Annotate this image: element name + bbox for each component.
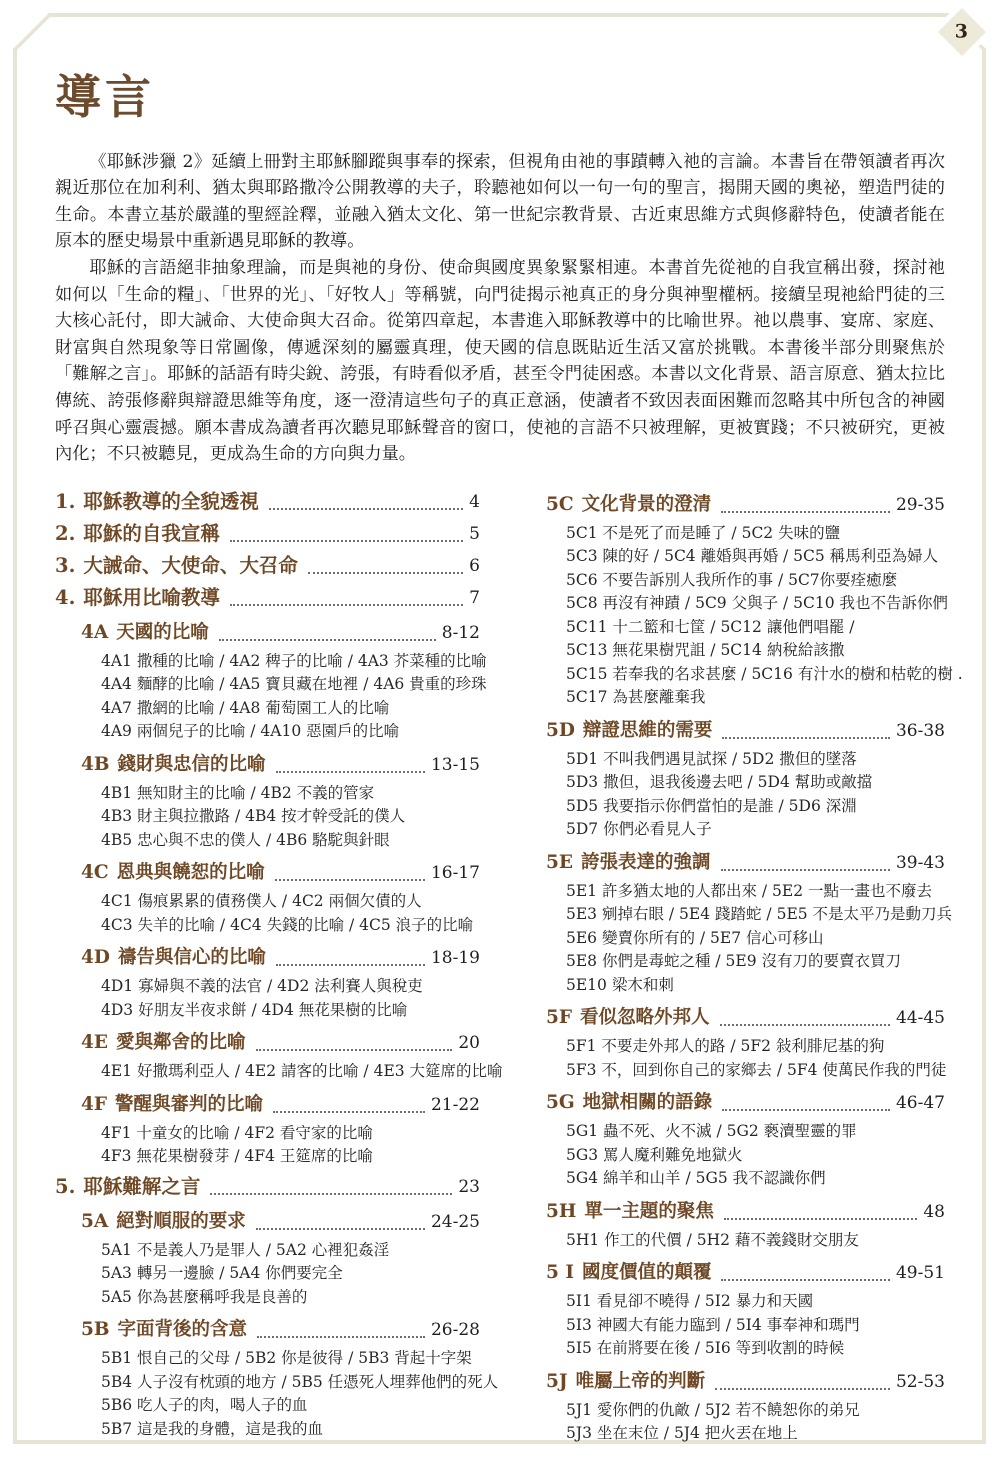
toc-page-number: 16-17 (431, 859, 480, 887)
toc-page-number: 21-22 (431, 1091, 480, 1119)
toc-heading: 5D辯證思維的需要36-38 (520, 717, 945, 745)
toc-heading: 1.耶穌教導的全貌透視4 (55, 488, 480, 516)
toc-heading: 3.大誡命、大使命、大召命6 (55, 552, 480, 580)
toc-entry-4A: 4A天國的比喻8-124A1 撒種的比喻 / 4A2 稗子的比喻 / 4A3 芥… (55, 619, 480, 744)
toc-page-number: 4 (469, 488, 480, 516)
toc-item-line: 5B4 人子沒有枕頭的地方 / 5B5 任憑死人埋葬他們的死人 (101, 1371, 480, 1395)
toc-entry-title: 禱告與信心的比喻 (118, 944, 266, 972)
page-content: 導言 《耶穌涉獵 2》延續上冊對主耶穌腳蹤與事奉的探索，但視角由祂的事蹟轉入祂的… (55, 72, 945, 1450)
toc-item-line: 5C3 陳的好 / 5C4 離婚與再婚 / 5C5 稱馬利亞為婦人 (566, 545, 945, 569)
toc-entry-label: 1. (55, 488, 75, 516)
toc-page-number: 36-38 (896, 717, 945, 745)
toc-entry-label: 2. (55, 520, 75, 548)
toc-item-block: 5J1 愛你們的仇敵 / 5J2 若不饒恕你的弟兄5J3 坐在末位 / 5J4 … (520, 1399, 945, 1446)
toc-item-line: 4F1 十童女的比喻 / 4F2 看守家的比喻 (101, 1122, 480, 1146)
toc-entry-title: 辯證思維的需要 (583, 717, 713, 745)
toc-item-line: 5I5 在前將要在後 / 5I6 等到收割的時候 (566, 1337, 945, 1361)
toc-entry-label: 3. (55, 552, 75, 580)
toc-entry-5G: 5G地獄相關的語錄46-475G1 蟲不死、火不滅 / 5G2 褻瀆聖靈的罪5G… (520, 1089, 945, 1191)
toc-entry-5F: 5F看似忽略外邦人44-455F1 不要走外邦人的路 / 5F2 敍利腓尼基的狗… (520, 1004, 945, 1082)
toc-item-line: 5G3 罵人魔利難免地獄火 (566, 1144, 945, 1168)
toc-heading: 2.耶穌的自我宣稱5 (55, 520, 480, 548)
toc-page-number: 24-25 (431, 1208, 480, 1236)
toc-item-line: 5D1 不叫我們遇見試探 / 5D2 撒但的墜落 (566, 748, 945, 772)
toc-heading: 4A天國的比喻8-12 (55, 619, 480, 647)
toc-item-line: 5I1 看見卻不曉得 / 5I2 暴力和天國 (566, 1290, 945, 1314)
toc-item-line: 5G1 蟲不死、火不滅 / 5G2 褻瀆聖靈的罪 (566, 1120, 945, 1144)
toc-page-number: 8-12 (442, 619, 480, 647)
toc-entry-5B: 5B字面背後的含意26-285B1 恨自己的父母 / 5B2 你是彼得 / 5B… (55, 1316, 480, 1441)
toc-entry-4E: 4E愛與鄰舍的比喻204E1 好撒瑪利亞人 / 4E2 請客的比喻 / 4E3 … (55, 1029, 480, 1084)
toc-entry-label: 5G (546, 1089, 575, 1117)
toc-heading: 5H單一主題的聚焦48 (520, 1198, 945, 1226)
dotted-leader (275, 879, 425, 881)
toc-entry-label: 4A (81, 619, 108, 647)
toc-item-line: 5D5 我要指示你們當怕的是誰 / 5D6 深淵 (566, 795, 945, 819)
toc-item-line: 5F1 不要走外邦人的路 / 5F2 敍利腓尼基的狗 (566, 1035, 945, 1059)
toc-entry-title: 愛與鄰舍的比喻 (116, 1029, 246, 1057)
toc-page-number: 26-28 (431, 1316, 480, 1344)
toc-item-line: 5C13 無花果樹咒詛 / 5C14 納稅給該撒 (566, 639, 945, 663)
dotted-leader (230, 540, 463, 542)
toc-item-line: 5D3 撒但，退我後邊去吧 / 5D4 幫助或敵擋 (566, 771, 945, 795)
dotted-leader (308, 572, 463, 574)
toc-heading: 4B錢財與忠信的比喻13-15 (55, 751, 480, 779)
toc-entry-title: 耶穌教導的全貌透視 (83, 488, 259, 516)
toc-item-line: 4A7 撒網的比喻 / 4A8 葡萄園工人的比喻 (101, 697, 480, 721)
toc-item-line: 5B7 這是我的身體，這是我的血 (101, 1418, 480, 1442)
dotted-leader (721, 511, 890, 513)
toc-page-number: 44-45 (896, 1004, 945, 1032)
toc-entry-title: 耶穌難解之言 (83, 1173, 200, 1201)
toc-heading: 5B字面背後的含意26-28 (55, 1316, 480, 1344)
toc-entry-5J: 5J唯屬上帝的判斷52-535J1 愛你們的仇敵 / 5J2 若不饒恕你的弟兄5… (520, 1368, 945, 1446)
toc-page-number: 5 (469, 520, 480, 548)
toc-page-number: 7 (469, 584, 480, 612)
toc-entry-5H: 5H單一主題的聚焦485H1 作工的代價 / 5H2 藉不義錢財交朋友 (520, 1198, 945, 1253)
toc-page-number: 49-51 (896, 1259, 945, 1287)
toc-item-line: 4B5 忠心與不忠的僕人 / 4B6 駱駝與針眼 (101, 829, 480, 853)
toc-heading: 4D禱告與信心的比喻18-19 (55, 944, 480, 972)
toc-entry-1: 1.耶穌教導的全貌透視4 (55, 488, 480, 516)
toc-entry-title: 文化背景的澄清 (582, 491, 712, 519)
toc-entry-label: 5F (546, 1004, 572, 1032)
toc-heading: 4F警醒與審判的比喻21-22 (55, 1091, 480, 1119)
toc-entry-5I: 5 I國度價值的顛覆49-515I1 看見卻不曉得 / 5I2 暴力和天國5I3… (520, 1259, 945, 1361)
toc-item-line: 4B3 財主與拉撒路 / 4B4 按才幹受託的僕人 (101, 805, 480, 829)
toc-entry-label: 5 I (546, 1259, 574, 1287)
toc-item-block: 5H1 作工的代價 / 5H2 藉不義錢財交朋友 (520, 1229, 945, 1253)
toc-entry-title: 耶穌的自我宣稱 (83, 520, 220, 548)
toc-item-line: 5C15 若奉我的名求甚麼 / 5C16 有汁水的樹和枯乾的樹 . (566, 663, 945, 687)
toc-entry-5D: 5D辯證思維的需要36-385D1 不叫我們遇見試探 / 5D2 撒但的墜落5D… (520, 717, 945, 842)
toc-item-line: 5J3 坐在末位 / 5J4 把火丟在地上 (566, 1422, 945, 1446)
toc-entry-title: 看似忽略外邦人 (580, 1004, 710, 1032)
toc-item-line: 5A3 轉另一邊臉 / 5A4 你們要完全 (101, 1262, 480, 1286)
toc-entry-label: 5. (55, 1173, 75, 1201)
toc-entry-label: 5E (546, 849, 573, 877)
toc-entry-label: 5H (546, 1198, 576, 1226)
toc-page-number: 39-43 (896, 849, 945, 877)
toc-item-block: 4F1 十童女的比喻 / 4F2 看守家的比喻4F3 無花果樹發芽 / 4F4 … (55, 1122, 480, 1169)
toc-entry-label: 5D (546, 717, 575, 745)
dotted-leader (256, 1049, 453, 1051)
dotted-leader (722, 1109, 890, 1111)
toc-entry-5C: 5C文化背景的澄清29-355C1 不是死了而是睡了 / 5C2 失味的鹽5C3… (520, 491, 945, 710)
dotted-leader (720, 1024, 890, 1026)
toc-item-line: 5H1 作工的代價 / 5H2 藉不義錢財交朋友 (566, 1229, 945, 1253)
toc-entry-title: 地獄相關的語錄 (583, 1089, 713, 1117)
toc-item-line: 5F3 不，回到你自己的家鄉去 / 5F4 使萬民作我的門徒 (566, 1059, 945, 1083)
toc-item-line: 5I3 神國大有能力臨到 / 5I4 事奉神和瑪門 (566, 1314, 945, 1338)
toc-heading: 5.耶穌難解之言23 (55, 1173, 480, 1201)
toc-entry-4F: 4F警醒與審判的比喻21-224F1 十童女的比喻 / 4F2 看守家的比喻4F… (55, 1091, 480, 1169)
toc-item-block: 4D1 寡婦與不義的法官 / 4D2 法利賽人與稅吏4D3 好朋友半夜求餅 / … (55, 975, 480, 1022)
dotted-leader (256, 1228, 425, 1230)
toc-column-left: 1.耶穌教導的全貌透視42.耶穌的自我宣稱53.大誡命、大使命、大召命64.耶穌… (55, 484, 480, 1450)
toc-page-number: 23 (458, 1173, 480, 1201)
toc-page-number: 13-15 (431, 751, 480, 779)
toc-item-line: 4C1 傷痕累累的債務僕人 / 4C2 兩個欠債的人 (101, 890, 480, 914)
page-number: 3 (955, 22, 968, 41)
toc-entry-title: 國度價值的顛覆 (582, 1259, 712, 1287)
toc-entry-title: 誇張表達的強調 (581, 849, 711, 877)
toc-page-number: 48 (923, 1198, 945, 1226)
toc-item-line: 4A9 兩個兒子的比喻 / 4A10 惡園戶的比喻 (101, 720, 480, 744)
dotted-leader (722, 737, 890, 739)
toc-item-line: 4A1 撒種的比喻 / 4A2 稗子的比喻 / 4A3 芥菜種的比喻 (101, 650, 480, 674)
toc-entry-title: 大誡命、大使命、大召命 (83, 552, 298, 580)
toc-item-block: 4B1 無知財主的比喻 / 4B2 不義的管家4B3 財主與拉撒路 / 4B4 … (55, 782, 480, 853)
toc-item-line: 4B1 無知財主的比喻 / 4B2 不義的管家 (101, 782, 480, 806)
toc-item-block: 5G1 蟲不死、火不滅 / 5G2 褻瀆聖靈的罪5G3 罵人魔利難免地獄火5G4… (520, 1120, 945, 1191)
toc-entry-label: 4E (81, 1029, 108, 1057)
toc-entry-3: 3.大誡命、大使命、大召命6 (55, 552, 480, 580)
toc-item-block: 5I1 看見卻不曉得 / 5I2 暴力和天國5I3 神國大有能力臨到 / 5I4… (520, 1290, 945, 1361)
toc-entry-title: 字面背後的含意 (118, 1316, 248, 1344)
toc-entry-title: 絕對順服的要求 (116, 1208, 246, 1236)
table-of-contents: 1.耶穌教導的全貌透視42.耶穌的自我宣稱53.大誡命、大使命、大召命64.耶穌… (55, 484, 945, 1450)
dotted-leader (721, 869, 890, 871)
toc-entry-title: 恩典與饒恕的比喻 (117, 859, 265, 887)
toc-entry-label: 4. (55, 584, 75, 612)
toc-entry-4C: 4C恩典與饒恕的比喻16-174C1 傷痕累累的債務僕人 / 4C2 兩個欠債的… (55, 859, 480, 937)
toc-page-number: 6 (469, 552, 480, 580)
toc-item-line: 5C17 為甚麼離棄我 (566, 686, 945, 710)
toc-entry-title: 單一主題的聚焦 (584, 1198, 714, 1226)
dotted-leader (276, 771, 425, 773)
toc-item-line: 5B1 恨自己的父母 / 5B2 你是彼得 / 5B3 背起十字架 (101, 1347, 480, 1371)
toc-item-line: 4E1 好撒瑪利亞人 / 4E2 請客的比喻 / 4E3 大筵席的比喻 (101, 1060, 480, 1084)
toc-entry-title: 耶穌用比喻教導 (83, 584, 220, 612)
toc-item-block: 5B1 恨自己的父母 / 5B2 你是彼得 / 5B3 背起十字架5B4 人子沒… (55, 1347, 480, 1441)
toc-entry-label: 5J (546, 1368, 568, 1396)
toc-page-number: 29-35 (896, 491, 945, 519)
toc-entry-title: 唯屬上帝的判斷 (576, 1368, 706, 1396)
toc-heading: 5F看似忽略外邦人44-45 (520, 1004, 945, 1032)
toc-item-line: 5A5 你為甚麼稱呼我是良善的 (101, 1286, 480, 1310)
toc-entry-5A: 5A絕對順服的要求24-255A1 不是義人乃是罪人 / 5A2 心裡犯姦淫5A… (55, 1208, 480, 1310)
toc-heading: 5J唯屬上帝的判斷52-53 (520, 1368, 945, 1396)
toc-heading: 4E愛與鄰舍的比喻20 (55, 1029, 480, 1057)
intro-paragraph: 《耶穌涉獵 2》延續上冊對主耶穌腳蹤與事奉的探索，但視角由祂的事蹟轉入祂的言論。… (55, 149, 945, 255)
toc-entry-5: 5.耶穌難解之言23 (55, 1173, 480, 1201)
toc-entry-label: 5A (81, 1208, 108, 1236)
toc-item-line: 5B6 吃人子的肉，喝人子的血 (101, 1394, 480, 1418)
toc-item-block: 4C1 傷痕累累的債務僕人 / 4C2 兩個欠債的人4C3 失羊的比喻 / 4C… (55, 890, 480, 937)
toc-heading: 5A絕對順服的要求24-25 (55, 1208, 480, 1236)
toc-heading: 4C恩典與饒恕的比喻16-17 (55, 859, 480, 887)
dotted-leader (219, 639, 436, 641)
toc-item-block: 5C1 不是死了而是睡了 / 5C2 失味的鹽5C3 陳的好 / 5C4 離婚與… (520, 522, 945, 710)
toc-item-line: 4D3 好朋友半夜求餅 / 4D4 無花果樹的比喻 (101, 999, 480, 1023)
toc-page-number: 18-19 (431, 944, 480, 972)
toc-entry-label: 4F (81, 1091, 107, 1119)
toc-heading: 5E誇張表達的強調39-43 (520, 849, 945, 877)
toc-entry-2: 2.耶穌的自我宣稱5 (55, 520, 480, 548)
toc-entry-label: 4B (81, 751, 110, 779)
toc-item-block: 5F1 不要走外邦人的路 / 5F2 敍利腓尼基的狗5F3 不，回到你自己的家鄉… (520, 1035, 945, 1082)
toc-item-line: 5C6 不要告訴別人我所作的事 / 5C7你要痊癒麼 (566, 569, 945, 593)
toc-entry-label: 5C (546, 491, 574, 519)
toc-item-line: 5E6 變賣你所有的 / 5E7 信心可移山 (566, 927, 945, 951)
toc-heading: 5 I國度價值的顛覆49-51 (520, 1259, 945, 1287)
toc-item-block: 4E1 好撒瑪利亞人 / 4E2 請客的比喻 / 4E3 大筵席的比喻 (55, 1060, 480, 1084)
toc-item-line: 4C3 失羊的比喻 / 4C4 失錢的比喻 / 4C5 浪子的比喻 (101, 914, 480, 938)
toc-item-line: 4A4 麵酵的比喻 / 4A5 寶貝藏在地裡 / 4A6 貴重的珍珠 (101, 673, 480, 697)
toc-page-number: 46-47 (896, 1089, 945, 1117)
toc-item-line: 5C11 十二籃和七筐 / 5C12 讓他們唱罷 / (566, 616, 945, 640)
toc-entry-label: 4C (81, 859, 109, 887)
toc-item-line: 5C1 不是死了而是睡了 / 5C2 失味的鹽 (566, 522, 945, 546)
toc-entry-label: 4D (81, 944, 110, 972)
toc-column-right: 5C文化背景的澄清29-355C1 不是死了而是睡了 / 5C2 失味的鹽5C3… (520, 484, 945, 1450)
toc-entry-title: 天國的比喻 (116, 619, 209, 647)
toc-item-line: 5C8 再沒有神蹟 / 5C9 父與子 / 5C10 我也不告訴你們 (566, 592, 945, 616)
toc-item-block: 5A1 不是義人乃是罪人 / 5A2 心裡犯姦淫5A3 轉另一邊臉 / 5A4 … (55, 1239, 480, 1310)
intro-paragraphs: 《耶穌涉獵 2》延續上冊對主耶穌腳蹤與事奉的探索，但視角由祂的事蹟轉入祂的言論。… (55, 149, 945, 468)
dotted-leader (724, 1218, 917, 1220)
dotted-leader (257, 1336, 425, 1338)
toc-item-line: 5E3 剜掉右眼 / 5E4 踐踏蛇 / 5E5 不是太平乃是動刀兵 (566, 903, 945, 927)
toc-page-number: 52-53 (896, 1368, 945, 1396)
dotted-leader (269, 508, 463, 510)
dotted-leader (230, 604, 463, 606)
toc-entry-5E: 5E誇張表達的強調39-435E1 許多猶太地的人都出來 / 5E2 一點一畫也… (520, 849, 945, 998)
toc-heading: 4.耶穌用比喻教導7 (55, 584, 480, 612)
toc-item-line: 5A1 不是義人乃是罪人 / 5A2 心裡犯姦淫 (101, 1239, 480, 1263)
toc-item-line: 5D7 你們必看見人子 (566, 818, 945, 842)
toc-entry-4D: 4D禱告與信心的比喻18-194D1 寡婦與不義的法官 / 4D2 法利賽人與稅… (55, 944, 480, 1022)
toc-item-line: 5E8 你們是毒蛇之種 / 5E9 沒有刀的要賣衣買刀 (566, 950, 945, 974)
toc-item-block: 4A1 撒種的比喻 / 4A2 稗子的比喻 / 4A3 芥菜種的比喻4A4 麵酵… (55, 650, 480, 744)
toc-page-number: 20 (458, 1029, 480, 1057)
toc-item-line: 5G4 綿羊和山羊 / 5G5 我不認識你們 (566, 1167, 945, 1191)
intro-paragraph: 耶穌的言語絕非抽象理論，而是與祂的身份、使命與國度異象緊緊相連。本書首先從祂的自… (55, 255, 945, 468)
toc-item-line: 5E10 梁木和刺 (566, 974, 945, 998)
dotted-leader (276, 964, 425, 966)
dotted-leader (273, 1111, 425, 1113)
toc-entry-title: 警醒與審判的比喻 (115, 1091, 263, 1119)
toc-entry-label: 5B (81, 1316, 110, 1344)
toc-heading: 5C文化背景的澄清29-35 (520, 491, 945, 519)
toc-entry-4: 4.耶穌用比喻教導7 (55, 584, 480, 612)
toc-entry-title: 錢財與忠信的比喻 (118, 751, 266, 779)
page-title: 導言 (55, 72, 945, 123)
dotted-leader (715, 1388, 890, 1390)
toc-item-line: 5E1 許多猶太地的人都出來 / 5E2 一點一畫也不廢去 (566, 880, 945, 904)
toc-item-block: 5D1 不叫我們遇見試探 / 5D2 撒但的墜落5D3 撒但，退我後邊去吧 / … (520, 748, 945, 842)
dotted-leader (210, 1193, 452, 1195)
dotted-leader (721, 1279, 890, 1281)
toc-item-block: 5E1 許多猶太地的人都出來 / 5E2 一點一畫也不廢去5E3 剜掉右眼 / … (520, 880, 945, 998)
toc-heading: 5G地獄相關的語錄46-47 (520, 1089, 945, 1117)
toc-item-line: 4D1 寡婦與不義的法官 / 4D2 法利賽人與稅吏 (101, 975, 480, 999)
toc-item-line: 4F3 無花果樹發芽 / 4F4 王筵席的比喻 (101, 1145, 480, 1169)
toc-item-line: 5J1 愛你們的仇敵 / 5J2 若不饒恕你的弟兄 (566, 1399, 945, 1423)
toc-entry-4B: 4B錢財與忠信的比喻13-154B1 無知財主的比喻 / 4B2 不義的管家4B… (55, 751, 480, 853)
